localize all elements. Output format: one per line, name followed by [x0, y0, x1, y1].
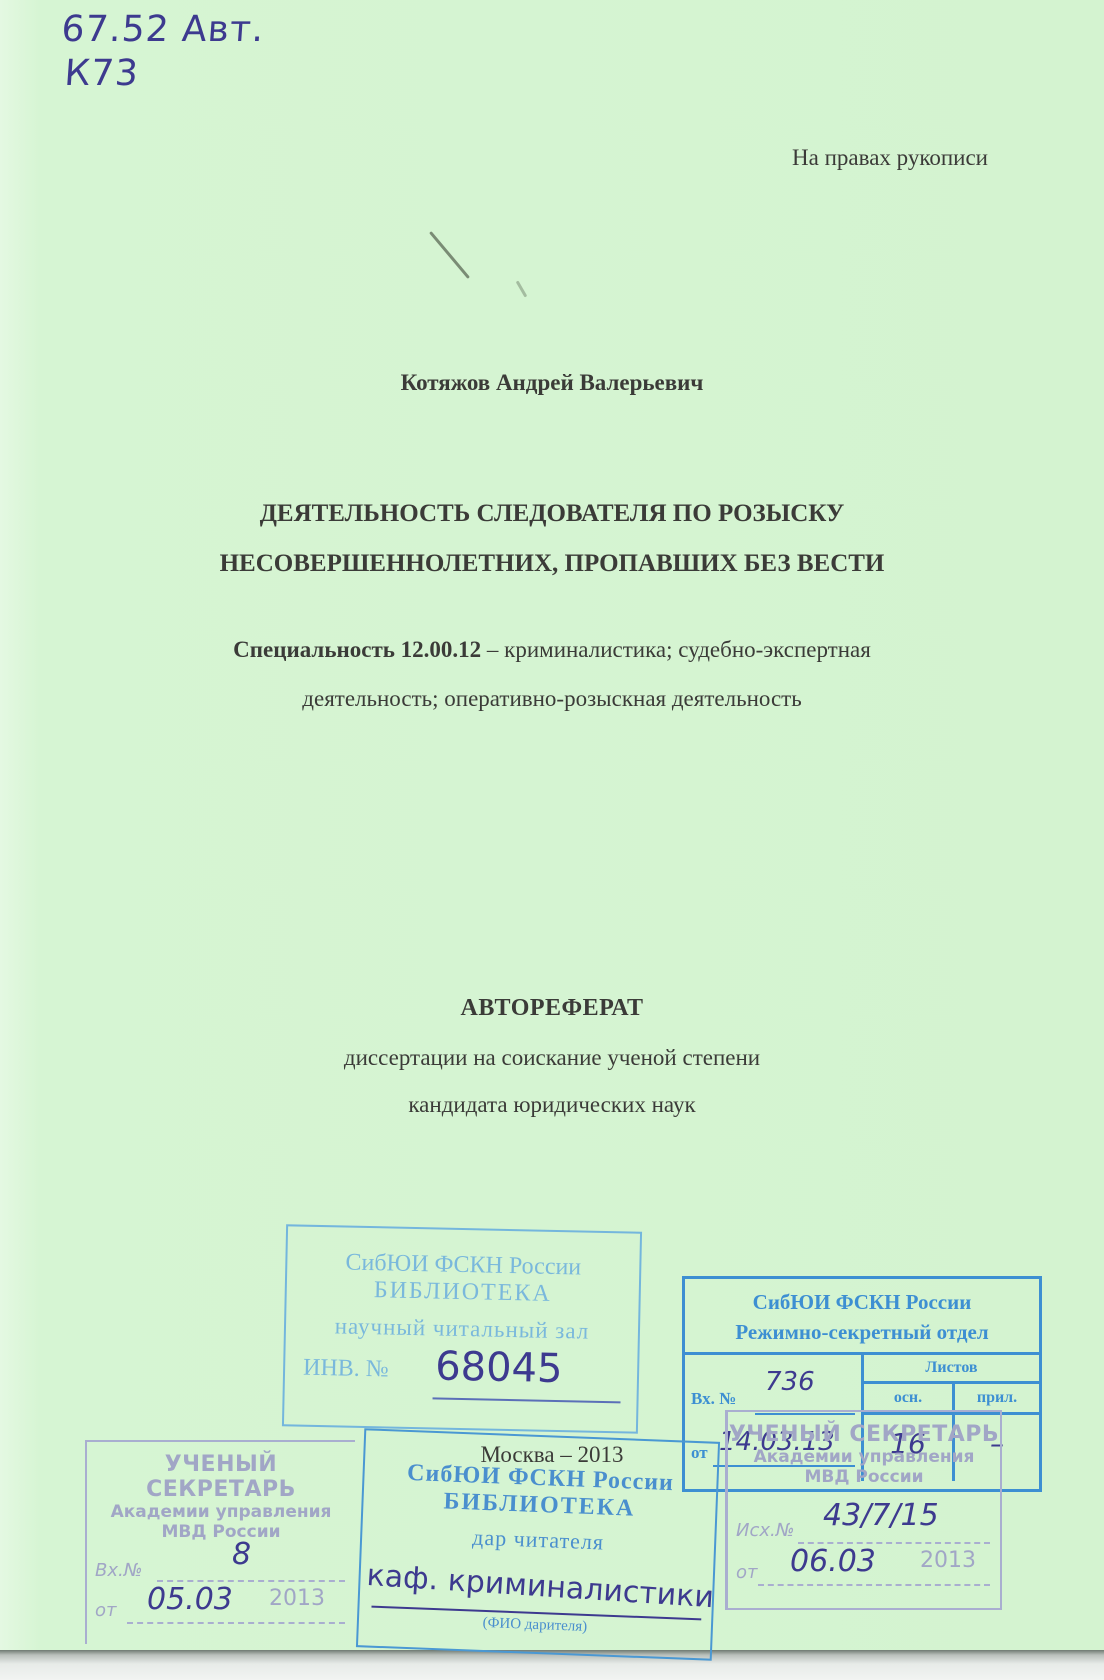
stamp-academy: Академии управления	[87, 1502, 355, 1522]
rights-note: На правах рукописи	[792, 145, 988, 171]
specialty-label: Специальность 12.00.12	[233, 637, 481, 662]
document-page: 67.52 Авт. К73 На правах рукописи Котяжо…	[0, 0, 1104, 1652]
incoming-number-value: 8	[232, 1537, 251, 1572]
document-type: АВТОРЕФЕРАТ	[0, 995, 1104, 1022]
incoming-year-value: 2013	[269, 1586, 325, 1611]
inventory-label: ИНВ. №	[303, 1355, 389, 1383]
place-and-year: Москва – 2013	[0, 1442, 1104, 1468]
outgoing-year-value: 2013	[920, 1548, 976, 1573]
call-number-line1: 67.52 Авт.	[60, 8, 266, 52]
underline	[127, 1622, 345, 1624]
degree-line-1: диссертации на соискание ученой степени	[0, 1045, 1104, 1071]
library-reading-room-stamp: СибЮИ ФСКН России БИБЛИОТЕКА научный чит…	[282, 1224, 642, 1433]
incoming-date-value: 05.03	[147, 1582, 233, 1617]
degree-line-2: кандидата юридических наук	[0, 1092, 1104, 1118]
stamp-gift: дар читателя	[362, 1520, 715, 1559]
inventory-number: 68045	[435, 1343, 563, 1392]
incoming-number-value: 736	[765, 1367, 815, 1397]
sheets-label: Листов	[864, 1355, 1039, 1384]
incoming-number-label: Вх. №	[691, 1389, 736, 1409]
inventory-row: ИНВ. № 68045	[285, 1354, 637, 1388]
underline	[758, 1584, 990, 1586]
title-line-1: ДЕЯТЕЛЬНОСТЬ СЛЕДОВАТЕЛЯ ПО РОЗЫСКУ	[0, 500, 1104, 528]
specialty-line-2: деятельность; оперативно-розыскная деяте…	[0, 686, 1104, 712]
incoming-number-label: Вх.№	[95, 1560, 347, 1581]
specialty-line-1: Специальность 12.00.12 – криминалистика;…	[0, 637, 1104, 663]
stamp-department: Режимно-секретный отдел	[685, 1317, 1039, 1347]
scan-mark	[516, 280, 528, 297]
stamp-reading-room: научный читальный зал	[286, 1312, 638, 1345]
outgoing-number-value: 43/7/15	[823, 1498, 939, 1533]
academic-secretary-outgoing-stamp: УЧЕНЫЙ СЕКРЕТАРЬ Академии управления МВД…	[725, 1410, 1002, 1610]
stamp-ministry: МВД России	[728, 1467, 1000, 1487]
stamp-institution: СибЮИ ФСКН России	[685, 1287, 1039, 1317]
outgoing-date-value: 06.03	[790, 1544, 876, 1579]
title-line-2: НЕСОВЕРШЕННОЛЕТНИХ, ПРОПАВШИХ БЕЗ ВЕСТИ	[0, 550, 1104, 578]
specialty-text: – криминалистика; судебно-экспертная	[481, 637, 871, 662]
stamp-header: СибЮИ ФСКН России Режимно-секретный отде…	[685, 1279, 1039, 1355]
donor-caption: (ФИО дарителя)	[359, 1610, 711, 1641]
scan-mark	[429, 231, 470, 279]
inventory-underline	[433, 1397, 621, 1403]
author-name: Котяжов Андрей Валерьевич	[0, 370, 1104, 396]
academic-secretary-incoming-stamp: УЧЕНЫЙ СЕКРЕТАРЬ Академии управления МВД…	[85, 1440, 355, 1644]
call-number-line2: К73	[57, 52, 263, 96]
handwritten-call-number: 67.52 Авт. К73	[57, 8, 266, 96]
stamp-ministry: МВД России	[87, 1522, 355, 1542]
